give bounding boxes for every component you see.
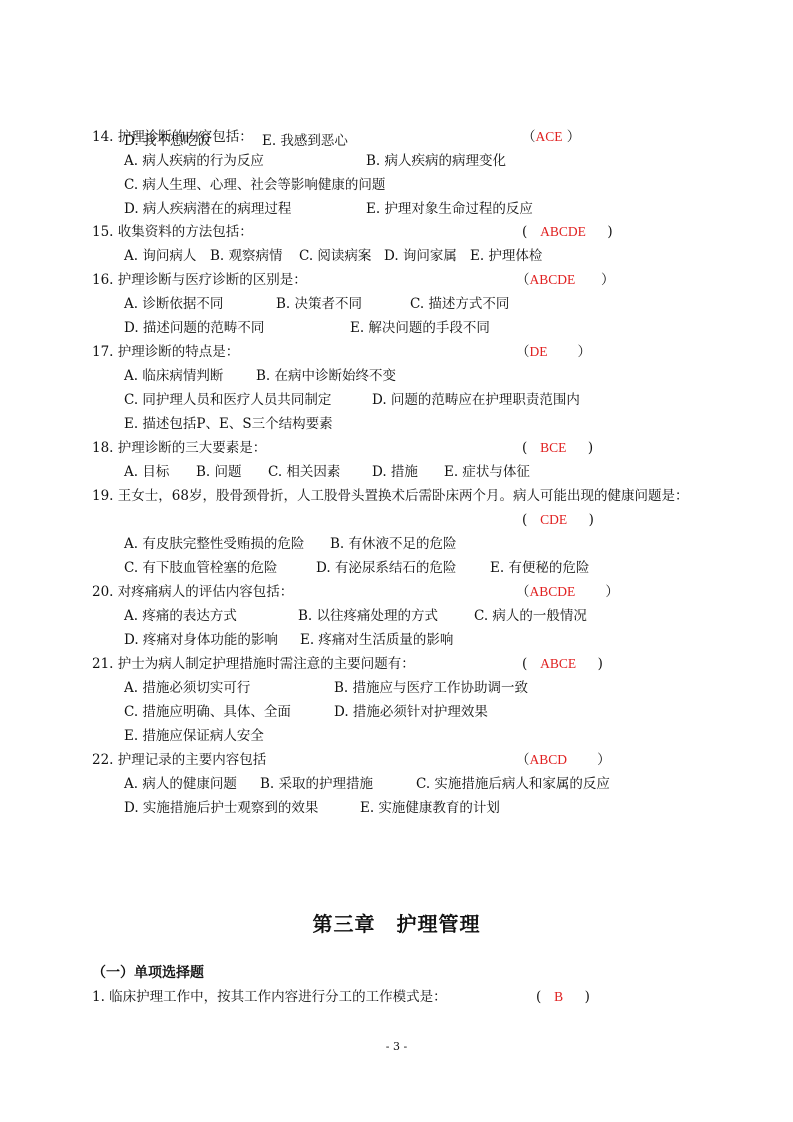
question-stem: 21. 护士为病人制定护理措施时需注意的主要问题有： [92, 655, 415, 673]
option-e: E. 护理体检 [470, 247, 542, 265]
option-b: B. 以往疼痛处理的方式 [298, 607, 438, 625]
bracket-open: ( [522, 224, 527, 240]
chapter-title: 第三章 护理管理 [0, 908, 793, 937]
answer-bracket: （ABCDE ） [516, 271, 615, 289]
bracket-close: ） [578, 344, 592, 360]
option-d: D. 病人疾病潜在的病理过程 [124, 200, 291, 218]
option-e: E. 护理对象生命过程的反应 [366, 200, 533, 218]
option-b: B. 观察病情 [210, 247, 283, 265]
answer-bracket: ( ABCE ) [522, 655, 603, 673]
option-a: A. 病人疾病的行为反应 [124, 152, 264, 170]
option-a: A. 询问病人 [124, 247, 196, 265]
option-d: D. 措施 [372, 463, 418, 481]
bracket-close: ） [597, 752, 611, 768]
section-title: （一）单项选择题 [92, 962, 204, 982]
bracket-open: （ [516, 752, 530, 768]
answer-value: CDE [540, 512, 567, 527]
bracket-close: ) [607, 224, 612, 240]
option-a: A. 目标 [124, 463, 169, 481]
option-c: C. 病人生理、心理、社会等影响健康的问题 [124, 176, 385, 194]
option-d: D. 实施措施后护士观察到的效果 [124, 799, 318, 817]
option-d: D. 描述问题的范畴不同 [124, 319, 264, 337]
option-c: C. 相关因素 [268, 463, 340, 481]
option-a: A. 有皮肤完整性受贿损的危险 [124, 535, 304, 553]
option-c: C. 实施措施后病人和家属的反应 [416, 775, 610, 793]
option-c: C. 描述方式不同 [410, 295, 509, 313]
option-b: B. 病人疾病的病理变化 [366, 152, 506, 170]
option-a: A. 疼痛的表达方式 [124, 607, 237, 625]
option-c: C. 有下肢血管栓塞的危险 [124, 559, 277, 577]
option-d: D. 有泌尿系结石的危险 [316, 559, 456, 577]
bracket-close: ) [585, 989, 590, 1005]
answer-bracket: （DE ） [516, 343, 591, 361]
option-d: D. 询问家属 [384, 247, 457, 265]
question-stem: 15. 收集资料的方法包括： [92, 223, 253, 241]
answer-value: ACE [536, 129, 563, 144]
bracket-close: ) [588, 440, 593, 456]
option-c: C. 同护理人员和医疗人员共同制定 [124, 391, 331, 409]
option-a: A. 病人的健康问题 [124, 775, 237, 793]
answer-bracket: ( CDE ) [522, 511, 594, 529]
option-d: D. 疼痛对身体功能的影响 [124, 631, 278, 649]
option-e: E. 解决问题的手段不同 [350, 319, 490, 337]
bracket-close: ） [601, 272, 615, 288]
option-e: E. 症状与体征 [444, 463, 530, 481]
bracket-open: ( [522, 512, 527, 528]
option-b: B. 措施应与医疗工作协助调一致 [334, 679, 528, 697]
question-stem: 17. 护理诊断的特点是： [92, 343, 239, 361]
option-c: C. 病人的一般情况 [474, 607, 587, 625]
bracket-open: （ [522, 129, 536, 145]
bracket-close: ) [589, 512, 594, 528]
question-stem: 22. 护理记录的主要内容包括 [92, 751, 266, 769]
answer-bracket: ( ABCDE ) [522, 223, 613, 241]
option-b: B. 在病中诊断始终不变 [256, 367, 396, 385]
bracket-open: ( [522, 656, 527, 672]
question-stem: 20. 对疼痛病人的评估内容包括： [92, 583, 293, 601]
option-e: E. 我感到恶心 [262, 132, 348, 150]
question-stem: 16. 护理诊断与医疗诊断的区别是： [92, 271, 307, 289]
answer-value: DE [530, 344, 548, 359]
option-e: E. 疼痛对生活质量的影响 [300, 631, 453, 649]
answer-bracket: ( BCE ) [522, 439, 593, 457]
question-stem: 14. 护理诊断的内容包括： [92, 128, 253, 146]
answer-value: BCE [540, 440, 566, 455]
option-b: B. 采取的护理措施 [260, 775, 373, 793]
option-a: A. 诊断依据不同 [124, 295, 223, 313]
answer-bracket: （ABCDE ） [516, 583, 619, 601]
option-c: C. 阅读病案 [299, 247, 371, 265]
option-a: A. 措施必须切实可行 [124, 679, 250, 697]
page-number: - 3 - [0, 1040, 793, 1053]
bracket-open: ( [522, 440, 527, 456]
answer-value: ABCD [530, 752, 568, 767]
option-e: E. 实施健康教育的计划 [360, 799, 500, 817]
answer-bracket: （ABCD ） [516, 751, 611, 769]
bracket-close: ） [605, 584, 619, 600]
question-stem: 18. 护理诊断的三大要素是： [92, 439, 266, 457]
answer-value: B [554, 989, 563, 1004]
option-b: B. 问题 [196, 463, 242, 481]
answer-bracket: ( B ) [536, 988, 590, 1006]
bracket-close: ) [598, 656, 603, 672]
answer-value: ABCDE [530, 272, 576, 287]
option-e: E. 描述包括P、E、S三个结构要素 [124, 415, 333, 433]
bracket-open: （ [516, 344, 530, 360]
option-b: B. 有休液不足的危险 [330, 535, 457, 553]
option-e: E. 有便秘的危险 [490, 559, 589, 577]
option-e: E. 措施应保证病人安全 [124, 727, 264, 745]
option-a: A. 临床病情判断 [124, 367, 223, 385]
option-d: D. 措施必须针对护理效果 [334, 703, 488, 721]
option-d: D. 问题的范畴应在护理职责范围内 [372, 391, 580, 409]
question-stem: 19. 王女士，68岁，股骨颈骨折，人工股骨头置换术后需卧床两个月。病人可能出现… [92, 487, 688, 505]
answer-value: ABCDE [530, 584, 576, 599]
bracket-open: （ [516, 272, 530, 288]
answer-value: ABCDE [540, 224, 586, 239]
option-c: C. 措施应明确、具体、全面 [124, 703, 291, 721]
option-b: B. 决策者不同 [276, 295, 362, 313]
bracket-open: （ [516, 584, 530, 600]
bracket-open: ( [536, 989, 541, 1005]
answer-value: ABCE [540, 656, 576, 671]
bracket-close: ） [567, 129, 581, 145]
answer-bracket: （ACE ） [522, 128, 580, 146]
question-stem: 1. 临床护理工作中，按其工作内容进行分工的工作模式是： [92, 988, 447, 1006]
